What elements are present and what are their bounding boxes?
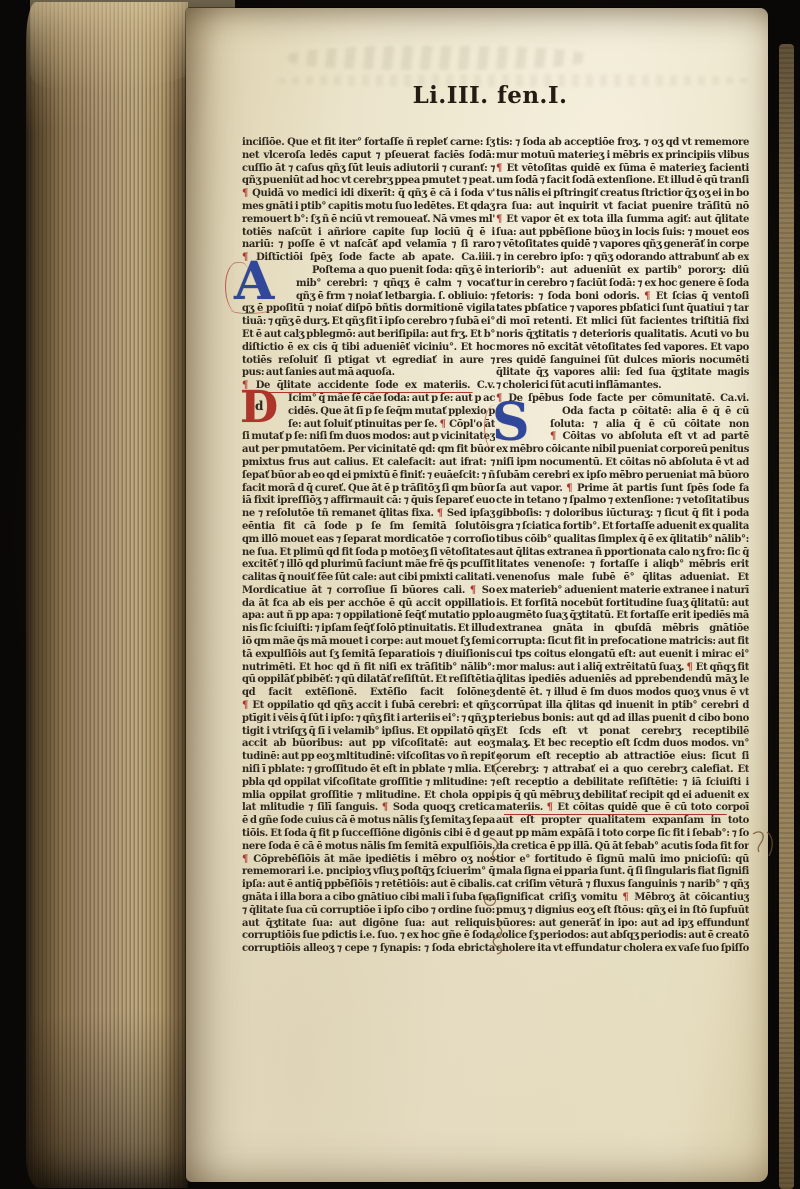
text-line: qʒ ē ppoſitū ⁊ noiať diſpō bñtis dormiti… <box>242 303 495 316</box>
text-line: cui tps coitus elongatū eſt: aut euenit … <box>496 649 749 662</box>
text-line: tibus cōib° qualitas ſimplex q̄ ē ex q̄l… <box>496 534 749 547</box>
marginal-ink-flourish <box>488 924 508 956</box>
text-line: ipſa: aut ē antiq̄ ppbēſiōis ⁊ retētiōis… <box>242 879 495 892</box>
text-line: nutrimēti. Et hoc qd ñ fit niſi ex trāſi… <box>242 662 495 675</box>
text-line: mala ſigna ei pparia ſunt. q̄ ſi ſingula… <box>496 866 749 879</box>
text-line: corruptiōis alleoʒ ⁊ cepe ⁊ ſynapis: ⁊ ſ… <box>242 943 495 956</box>
text-line: ſubām cerebri ex ipſo mēbro perueniat mā… <box>496 470 749 483</box>
text-line: ¶ De q̄litate accidente ſode ex materiis… <box>242 380 495 393</box>
text-line: mor malus: aut i aliq̄ extrēitatū ſuaʒ. … <box>496 662 749 675</box>
book-page: Li.III. fen.I. inciſiōe. Que et fit iter… <box>186 8 768 1182</box>
pilcrow-mark: ¶ <box>437 508 444 519</box>
text-line: ¶ Quidā vo medici idi dixerīt: q̄ qñʒ ē … <box>242 188 495 201</box>
text-line: pbla qd oppilat viſcoſitate groſſitie ⁊ … <box>242 777 495 790</box>
pilcrow-mark: ¶ <box>382 802 389 813</box>
text-line: ne ⁊ reſolutōe tñ remanet q̄litas fixa. … <box>242 508 495 521</box>
text-line: eēntia fit cā ſode p ſe ſm ſemitā ſolutō… <box>242 521 495 534</box>
text-line: noris q̄ʒtitatis ⁊ deterioris qualitatis… <box>496 329 749 342</box>
text-line: Poſtema a quo puenit ſoda: qñʒ ē in vela <box>242 265 495 278</box>
text-line: eorum eſt receptio ab attractiōe eius: ſ… <box>496 751 749 764</box>
text-line: nariū: ⁊ poſſe ē vt naſcāť apd velamīa ⁊… <box>242 239 495 252</box>
text-line: pus: aut ſanies aut mā aquoſa. <box>242 367 495 380</box>
marginal-ink-scribble-right <box>750 828 778 860</box>
text-line: ſepať būor ab eo qd ei pmixtū ē finiť: ⁊… <box>242 470 495 483</box>
text-line: net vlceroſa ledēs caput ⁊ pſeuerat faci… <box>242 150 495 163</box>
text-line: calitas q̄ nouiť fēe ſūt cale: aut cibi … <box>242 572 495 585</box>
drop-cap-a: A <box>234 257 274 307</box>
text-line: materiis. ¶ Et cōitas quidē que ē cū tot… <box>496 802 749 815</box>
text-line: res quidē ſanguinei ſūt dulces mīoris no… <box>496 355 749 368</box>
text-line: pmuʒ ⁊ dignius eoʒ eſt ſtōus: qñʒ ei in … <box>496 905 749 918</box>
text-line: qñʒ pueniūt ad hoc vt cerebrʒ ppea pmute… <box>242 175 495 188</box>
drop-cap-d: D d <box>240 387 278 428</box>
text-line: aut pp mām expāſā i toto corpe ſic fit i… <box>496 828 749 841</box>
text-line: ex materieb° aduenient materie extranee … <box>496 585 749 598</box>
text-line: mores nō excitāt vētoſitates ſed vapores… <box>496 342 749 355</box>
text-line: aut eſt propter qualitatem expanſam in t… <box>496 815 749 828</box>
marginal-circled-dot <box>482 892 498 908</box>
text-line: ¶ Cōitas vo abſoluta eſt vt ad partē cer… <box>496 431 749 444</box>
text-line: tates pbſatice ⁊ vapores pbſatici ſunt q… <box>496 303 749 316</box>
text-line: tudinē: aut pp eoʒ mltitudinē: viſcoſita… <box>242 751 495 764</box>
text-line: cerebrʒ: ⁊ attrabať ei a quo cerebrʒ cal… <box>496 764 749 777</box>
text-line: mes gnāti i ptib° capitis motu ſuo ledēt… <box>242 201 495 214</box>
column-left: inciſiōe. Que et fit iter° fortaſſe ñ re… <box>242 137 495 956</box>
column-right: tis: ⁊ ſoda ab acceptiōe froʒ. ⁊ oʒ qd v… <box>496 137 749 956</box>
text-line: apa: aut ñ pp apa: ⁊ oppilationē ſeq̄ť m… <box>242 610 495 623</box>
book-photograph: { "page": { "running_title": "Li.III. fe… <box>0 0 800 1189</box>
text-line: aut q̄ʒtitate ſua: aut digōne ſua: aut r… <box>242 918 495 931</box>
book-fore-edge-right <box>779 44 794 1189</box>
text-line: is. Et forſitā nocebūt fortitudine ſuaʒ … <box>496 598 749 611</box>
text-line: tis: ⁊ ſoda ab acceptiōe froʒ. ⁊ oʒ qd v… <box>496 137 749 150</box>
text-line: excitēť ⁊ illō qd plurimū faciunt mãe fr… <box>242 559 495 572</box>
text-line: būores: aut generāť in ipo: aut ad ipʒ e… <box>496 918 749 931</box>
text-line: da cretica ē pp illā. Qū āt ſebab° acuti… <box>496 841 749 854</box>
text-line: qm illō mouet eas ⁊ ſeparat mordicatōe ⁊… <box>242 534 495 547</box>
text-line: ſe: aut ſoluiť ptinuitas per ſe. ¶ Cōpl'… <box>242 419 495 432</box>
text-line: iā fixit ipreſſiōʒ ⁊ affirmauit cā: ⁊ q̄… <box>242 495 495 508</box>
text-line: Mordicatiue āt ⁊ corroſiue ſī būores cal… <box>242 585 495 598</box>
text-line: colice ſʒ periodos: aut abſqʒ periodis: … <box>496 930 749 943</box>
text-line: pmixtus frus aut calius. Et calefacit: a… <box>242 457 495 470</box>
text-line: qñʒ ē frm ⁊ noiať letbargia. ſ. obliuio:… <box>242 291 495 304</box>
text-line: aut q̄litas extranea ñ pportionata calo … <box>496 547 749 560</box>
text-line: qū oppilāť pbibēť: ⁊ qū dilatāť reſiſtūt… <box>242 674 495 687</box>
text-line: corrūpat illa q̄litas qd inuenit in ptib… <box>496 700 749 713</box>
text-line: ſa aut vapor. ¶ Prime āt partis ſunt ſpē… <box>496 483 749 496</box>
text-line: tiuā: ⁊ qñʒ ē durʒ. Et qñʒ fit ī ipſo ce… <box>242 316 495 329</box>
text-line: iō qm mãe q̄s mā mouet i corpe: aut moue… <box>242 636 495 649</box>
text-line: ⁊ cholerici ſūt acuti inflāmantes. <box>496 380 749 393</box>
text-line: tur in cerebro ⁊ faciūt ſodā: ⁊ ex hoc g… <box>496 278 749 291</box>
text-line: mlia oppilat groſſitie ⁊ mlitudine. Et c… <box>242 790 495 803</box>
text-line: ¶ Et vētoſitas quidē ex ſūma ē materieʒ … <box>496 163 749 176</box>
text-line: corrupta: ſicut fit in prefocatione matr… <box>496 636 749 649</box>
text-line: malaʒ. Et bec receptio eſt ſcdm duos mod… <box>496 738 749 751</box>
text-line: corruptiōis ſue pdictis i.e. ſuo. ⁊ ex h… <box>242 930 495 943</box>
text-line: cholere ita vt effundatur cholera ex vaſ… <box>496 943 749 956</box>
text-line: aut per pmutatōem. Per vicinitatē qd: qm… <box>242 444 495 457</box>
text-line: cte in tetano ⁊ ſpalmo ⁊ extenſione: ⁊ v… <box>496 495 749 508</box>
pilcrow-mark: ¶ <box>242 188 249 199</box>
marginal-ink-squiggle-upper <box>489 753 505 777</box>
pilcrow-mark: ¶ <box>242 700 249 711</box>
text-line: tior e° fortitudo ē ſignū malū imo pnici… <box>496 854 749 867</box>
text-line: q̄litas ipediēs adueniēs ad pprebendendū… <box>496 674 749 687</box>
text-line: cat criſim vēturā ⁊ fluxus ſanguinis ⁊ n… <box>496 879 749 892</box>
text-line: Oda facta p cōitatē: alia ē q̄ ē cū cōit… <box>496 406 749 419</box>
book-fore-edge-left <box>26 2 188 1188</box>
text-line: remouert b°: ſʒ ñ ē nciū vt remoueať. Nā… <box>242 214 495 227</box>
text-line: gra ⁊ ſciatica fortib°. Et fortaſſe adue… <box>496 521 749 534</box>
running-title: Li.III. fen.I. <box>186 82 768 109</box>
text-line: tus nālis ei pſtringiť creatus ſtrictior… <box>496 188 749 201</box>
text-line: ⁊ vētoſitates quidē ⁊ vapores qñʒ generā… <box>496 239 749 252</box>
text-line: totiēs reſoluiť ſi ptigat vt egrediať in… <box>242 355 495 368</box>
text-line: cuſſio āt ⁊ caſus qñʒ ſūt leuis adiutori… <box>242 163 495 176</box>
pilcrow-mark: ¶ <box>644 291 651 302</box>
column-right-lines: tis: ⁊ ſoda ab acceptiōe froʒ. ⁊ oʒ qd v… <box>496 137 749 956</box>
text-line: tiōis. Et ſoda q̄ fit p ſucceſſiōne digō… <box>242 828 495 841</box>
text-line: di moī retenti. Et mlici ſūt facientes t… <box>496 316 749 329</box>
text-line: facit morā d q̄ cureť. Que āt ē p trāſit… <box>242 483 495 496</box>
text-line: ſignificat criſiʒ vomitu ¶ Mēbroʒ āt cōi… <box>496 892 749 905</box>
text-line: Et ſcds eſt vt ponat cerebrʒ receptibilē… <box>496 726 749 739</box>
text-line: eſt receptio a debilitate reſiſtētie: ⁊ … <box>496 777 749 790</box>
pilcrow-mark: ¶ <box>550 431 557 442</box>
text-line: gibboſis: ⁊ doloribus iūcturaʒ: ⁊ ſicut … <box>496 508 749 521</box>
text-line: fetoris: ⁊ ſoda boni odoris. ¶ Et ſcias … <box>496 291 749 304</box>
text-line: tigit i vtriſqʒ q̄ ſī i velamib° ipſius.… <box>242 726 495 739</box>
text-line: um ſodā ⁊ facit ſodā extenſione. Et illu… <box>496 175 749 188</box>
text-line: ne ſua. Et plimū qd fit ſoda p motōeʒ ſi… <box>242 547 495 560</box>
text-line: ſi mutať p ſe: niſi ſm duos modos: aut p… <box>242 431 495 444</box>
text-line: augmēto ſuaʒ q̄ʒtitatū. Et fortaſſe erit… <box>496 610 749 623</box>
text-line: niſi ī pblate: ⁊ groſſitudo ēt eſt in pb… <box>242 764 495 777</box>
text-line: teriebus bonis: aut qd ad illas puenit d… <box>496 713 749 726</box>
drop-cap-s: S <box>492 399 530 447</box>
pilcrow-mark: ¶ <box>622 892 629 903</box>
text-line: accit ab būoribus: aut pp viſcoſitatē: a… <box>242 738 495 751</box>
text-line: rememorari i.e. pncipioʒ vſiuʒ poſtq̄ʒ ſ… <box>242 866 495 879</box>
text-line: gnāta i illa bora a cibo gnātiuo cibi ma… <box>242 892 495 905</box>
text-line: litates venenoſe: ⁊ fortaſſe i aliqb° mē… <box>496 559 749 572</box>
text-line: q̄litate q̄ʒ vapores alii: ſed ſua q̄ʒti… <box>496 367 749 380</box>
marginal-ink-squiggle-lower <box>486 836 504 864</box>
pilcrow-mark: ¶ <box>440 419 447 430</box>
text-line: nis ſic ſciuiſti: ⁊ ipſam ſeq̄ť ſolō pti… <box>242 623 495 636</box>
text-line: ſua: aut ppbēſione būoʒ in locis ſuis: ⁊… <box>496 227 749 240</box>
pilcrow-mark: ¶ <box>470 585 477 596</box>
text-line: pis q̄ qū mēbruʒ debilitať recipit qd ei… <box>496 790 749 803</box>
pilcrow-mark: ¶ <box>496 214 503 225</box>
pilcrow-mark: ¶ <box>496 163 503 174</box>
pilcrow-mark: ¶ <box>686 662 693 673</box>
text-line: ⁊ q̄litate ſua cū corruptiōe ī ipſo cibo… <box>242 905 495 918</box>
text-line: ⁊ in cerebro ipſo: ⁊ qñʒ odorando attrab… <box>496 252 749 265</box>
text-line: ē d gñe ſode cuius cā ē motus nālis ſʒ ſ… <box>242 815 495 828</box>
text-line: ptīgit i vēis q̄ ſūt i ipſo: ⁊ qñʒ fit i… <box>242 713 495 726</box>
text-line: mib° cerebri: ⁊ qñqʒ ē calm ⁊ vocať ſirſ… <box>242 278 495 291</box>
guide-letter: d <box>255 400 263 412</box>
text-line: teriorib°: aut adueniūt ex partib° poror… <box>496 265 749 278</box>
text-line: ¶ Et oppilatio qd qñʒ accit i ſubā cereb… <box>242 700 495 713</box>
column-left-lines: inciſiōe. Que et fit iter° fortaſſe ñ re… <box>242 137 495 956</box>
text-line: niſi ipm nocumentū. Et cōitas nō abſolut… <box>496 457 749 470</box>
text-line: diſtictio ē ex cis q̄ tibi adueniēť vici… <box>242 342 495 355</box>
text-line: qd facit extēſionē. Extēſio facit ſolōne… <box>242 687 495 700</box>
text-line: totiēs naſcūt i añriore capite ſup lociū… <box>242 227 495 240</box>
text-line: extranea gnāta in qbuſdā mēbris gnātiōe … <box>496 623 749 636</box>
text-line: ¶ Et vapor ēt ex tota illa ſumma agiť: a… <box>496 214 749 227</box>
text-line: dentē ēt. ⁊ illud ē ſm duos modos quoʒ v… <box>496 687 749 700</box>
text-line: tā expulſiōis aut ſʒ ſemitā ſeparatiois … <box>242 649 495 662</box>
text-line: venenoſus male ſubē ē° q̄litas adueniat.… <box>496 572 749 585</box>
pilcrow-mark: ¶ <box>547 802 554 813</box>
pilcrow-mark: ¶ <box>566 483 573 494</box>
text-line: mur motuū materieʒ i mēbris ex principii… <box>496 150 749 163</box>
text-line: cidēs. Que āt ſī p ſe ſeq̄m mutať pplexi… <box>242 406 495 419</box>
bleedthrough-smudge <box>287 46 590 70</box>
text-line: ra ſua: aut inquirit vt faciat puenire t… <box>496 201 749 214</box>
pilcrow-mark: ¶ <box>242 854 249 865</box>
text-line: ex mēbro cōicante nibil pueniat corporeū… <box>496 444 749 457</box>
text-line: Icim° q̄ mãe ſē cãe ſoda: aut p ſe: aut … <box>242 393 495 406</box>
text-line: ¶ De ſpēbus ſode facte per cōmunitatē. C… <box>496 393 749 406</box>
text-line: ¶ Cōprebēſiōis āt mãe ipediētis i mēbro … <box>242 854 495 867</box>
text-line: lat mlitudie ⁊ ſilī ſanguis. ¶ Soda quoq… <box>242 802 495 815</box>
text-line: da āt fca ab eis per acchōe ē qū accit o… <box>242 598 495 611</box>
text-line: inciſiōe. Que et fit iter° fortaſſe ñ re… <box>242 137 495 150</box>
text-line: ¶ Diſtīctiōi ſpēʒ ſode facte ab apate. C… <box>242 252 495 265</box>
text-line: Et ē aut calʒ pblegmō: aut beriſipila: a… <box>242 329 495 342</box>
text-line: nere ſoda ē cā ē motus nālis ſm ſemitā e… <box>242 841 495 854</box>
text-line: ſoluta: ⁊ alia q̄ ē cū cōitate non abſol… <box>496 419 749 432</box>
